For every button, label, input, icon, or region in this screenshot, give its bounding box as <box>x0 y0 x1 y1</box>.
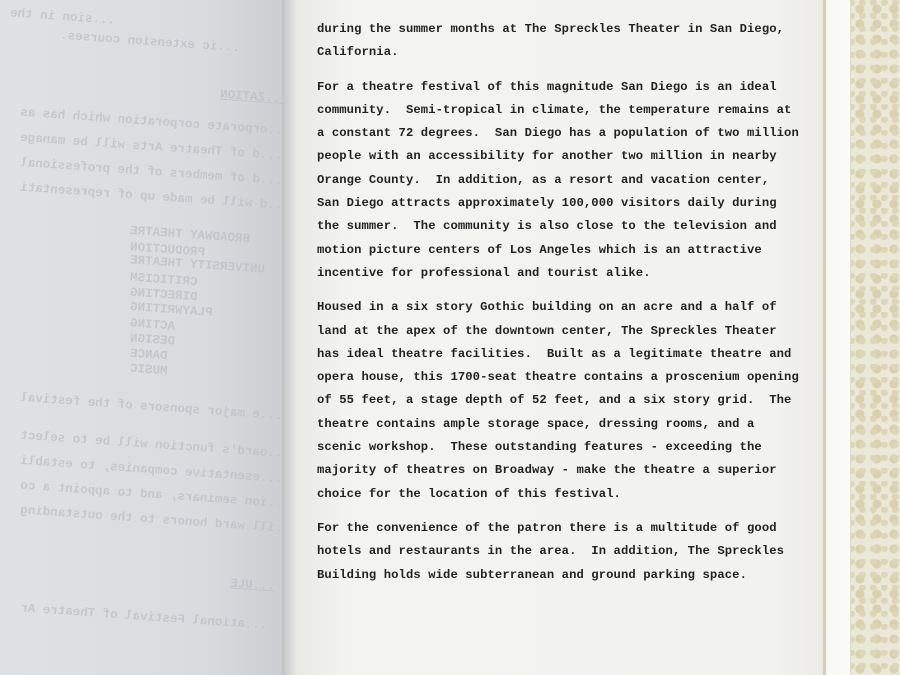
paragraph-spreckles-theater: Housed in a six story Gothic building on… <box>317 296 797 506</box>
bleed-through-text: MUSIC <box>130 362 168 379</box>
text-line: hotels and restaurants in the area. In a… <box>317 540 797 563</box>
page-stack <box>826 0 851 675</box>
bleed-through-text: ...ULE <box>230 576 276 593</box>
text-line: a constant 72 degrees. San Diego has a p… <box>317 122 797 145</box>
table-surface <box>848 0 900 675</box>
text-line: of 55 feet, a stage depth of 52 feet, an… <box>317 389 797 412</box>
text-line: scenic workshop. These outstanding featu… <box>317 436 797 459</box>
bleed-through-text: ...ic extension courses. <box>60 29 241 56</box>
text-line: choice for the location of this festival… <box>317 483 797 506</box>
text-line: motion picture centers of Los Angeles wh… <box>317 239 797 262</box>
text-line: For the convenience of the patron there … <box>317 517 797 540</box>
text-line: incentive for professional and tourist a… <box>317 262 797 285</box>
text-line: land at the apex of the downtown center,… <box>317 320 797 343</box>
text-line: the summer. The community is also close … <box>317 215 797 238</box>
text-line: Orange County. In addition, as a resort … <box>317 169 797 192</box>
text-line: has ideal theatre facilities. Built as a… <box>317 343 797 366</box>
text-line: people with an accessibility for another… <box>317 145 797 168</box>
paragraph-san-diego: For a theatre festival of this magnitude… <box>317 76 797 286</box>
text-line: majority of theatres on Broadway - make … <box>317 459 797 482</box>
paragraph-continuation: during the summer months at The Spreckle… <box>317 18 797 65</box>
bleed-through-text: DESIGN <box>130 331 176 348</box>
text-line: opera house, this 1700-seat theatre cont… <box>317 366 797 389</box>
bleed-through-text: ...sion in the <box>10 6 116 27</box>
text-line: Building holds wide subterranean and gro… <box>317 564 797 587</box>
text-line: Housed in a six story Gothic building on… <box>317 296 797 319</box>
text-line: theatre contains ample storage space, dr… <box>317 413 797 436</box>
bleed-through-text: ...e major sponsors of the festival <box>20 391 283 423</box>
text-line: For a theatre festival of this magnitude… <box>317 76 797 99</box>
text-line: San Diego attracts approximately 100,000… <box>317 192 797 215</box>
bleed-through-text: ...ational Festival of Theatre Ar <box>20 601 268 632</box>
bleed-through-text: DANCE <box>130 347 168 364</box>
typed-text-block: during the summer months at The Spreckle… <box>317 18 797 598</box>
bleed-through-text: ...ZATION <box>220 88 288 107</box>
text-line: California. <box>317 41 797 64</box>
text-line: community. Semi-tropical in climate, the… <box>317 99 797 122</box>
left-page: ...sion in the ...ic extension courses. … <box>0 0 292 675</box>
text-line: during the summer months at The Spreckle… <box>317 18 797 41</box>
paragraph-convenience: For the convenience of the patron there … <box>317 517 797 587</box>
